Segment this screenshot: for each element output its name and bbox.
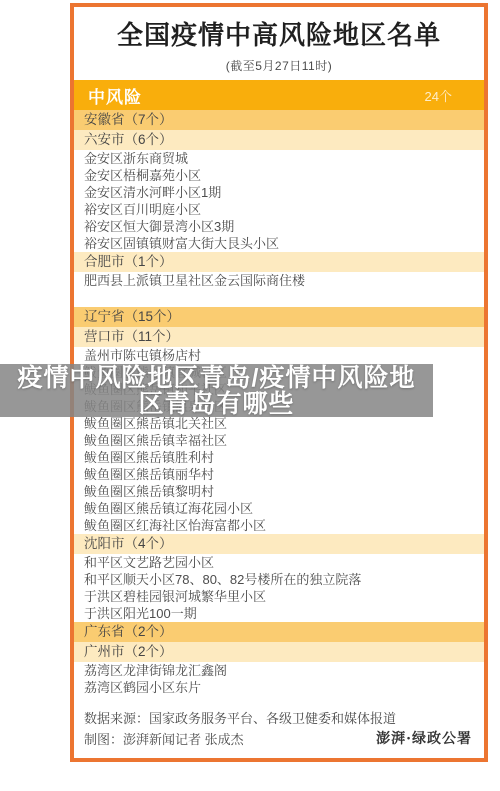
city-row: 合肥市（1个） — [74, 252, 484, 272]
province-row: 辽宁省（15个） — [74, 307, 484, 327]
spacer-row — [74, 289, 484, 307]
area-row: 和平区文艺路艺园小区 — [74, 554, 484, 571]
area-row: 于洪区碧桂园银河城繁华里小区 — [74, 588, 484, 605]
city-row: 沈阳市（4个） — [74, 534, 484, 554]
overlay-line-2: 区青岛有哪些 — [0, 391, 433, 417]
area-row: 金安区浙东商贸城 — [74, 150, 484, 167]
seo-overlay: 疫情中风险地区青岛/疫情中风险地 区青岛有哪些 — [0, 364, 433, 417]
poster-subtitle: (截至5月27日11时) — [74, 57, 484, 74]
province-row: 安徽省（7个） — [74, 110, 484, 130]
area-row: 荔湾区鹤园小区东片 — [74, 679, 484, 696]
poster-header: 全国疫情中高风险地区名单 (截至5月27日11时) — [74, 7, 484, 80]
city-row: 广州市（2个） — [74, 642, 484, 662]
area-row: 肥西县上派镇卫星社区金云国际商住楼 — [74, 272, 484, 289]
area-row: 鲅鱼圈区熊岳镇幸福社区 — [74, 432, 484, 449]
area-row: 金安区梧桐嘉苑小区 — [74, 167, 484, 184]
area-row: 裕安区恒大御景湾小区3期 — [74, 218, 484, 235]
risk-level-label: 中风险 — [88, 83, 142, 108]
area-row: 荔湾区龙津街锦龙汇鑫阁 — [74, 662, 484, 679]
area-row: 裕安区百川明庭小区 — [74, 201, 484, 218]
area-row: 和平区顺天小区78、80、82号楼所在的独立院落 — [74, 571, 484, 588]
area-row: 鲅鱼圈区熊岳镇丽华村 — [74, 466, 484, 483]
city-row: 六安市（6个） — [74, 130, 484, 150]
brand-logo: 澎湃·绿政公署 — [376, 729, 472, 750]
area-row: 于洪区阳光100一期 — [74, 605, 484, 622]
city-row: 营口市（11个） — [74, 327, 484, 347]
risk-level-count: 24个 — [425, 86, 452, 105]
area-row: 鲅鱼圈区红海社区怡海富都小区 — [74, 517, 484, 534]
page-background: { "poster": { "title": "全国疫情中高风险地区名单", "… — [0, 0, 500, 791]
poster-footer: 数据来源：国家政务服务平台、各级卫健委和媒体报道 制图：澎湃新闻记者 张成杰 澎… — [74, 708, 484, 750]
overlay-line-1: 疫情中风险地区青岛/疫情中风险地 — [0, 365, 433, 391]
area-row: 裕安区固镇镇财富大街大艮头小区 — [74, 235, 484, 252]
area-row: 金安区清水河畔小区1期 — [74, 184, 484, 201]
risk-level-bar: 中风险 24个 — [74, 80, 484, 110]
data-source-line: 数据来源：国家政务服务平台、各级卫健委和媒体报道 — [84, 708, 474, 729]
area-row: 鲅鱼圈区熊岳镇胜利村 — [74, 449, 484, 466]
area-row: 鲅鱼圈区熊岳镇辽海花园小区 — [74, 500, 484, 517]
area-row: 鲅鱼圈区熊岳镇黎明村 — [74, 483, 484, 500]
poster-title: 全国疫情中高风险地区名单 — [74, 7, 484, 50]
province-row: 广东省（2个） — [74, 622, 484, 642]
area-row: 盖州市陈屯镇杨店村 — [74, 347, 484, 364]
